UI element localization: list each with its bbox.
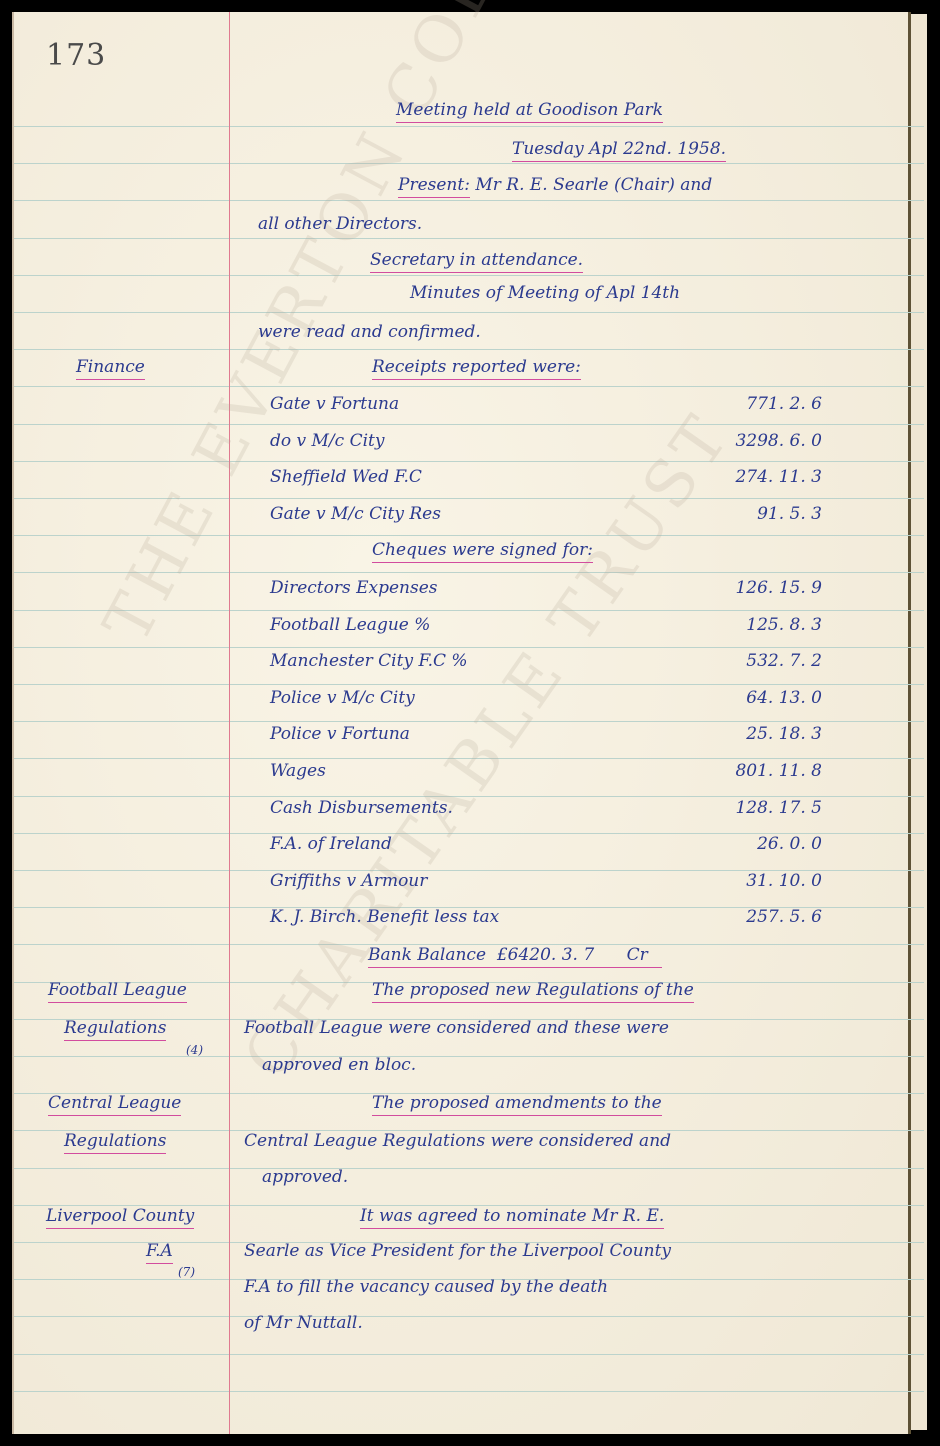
liverpool-county-margin-2: F.A xyxy=(146,1241,173,1264)
ruled-line xyxy=(14,349,924,350)
meeting-date: Tuesday Apl 22nd. 1958. xyxy=(512,139,726,162)
ledger-item-amount: 125. 8. 3 xyxy=(662,615,822,635)
bank-balance-suffix: Cr xyxy=(627,945,648,965)
ruled-line xyxy=(14,386,924,387)
ledger-item-amount: 64. 13. 0 xyxy=(662,688,822,708)
ledger-item-label: do v M/c City xyxy=(270,431,384,451)
ruled-line xyxy=(14,1168,924,1169)
liverpool-county-line-2: Searle as Vice President for the Liverpo… xyxy=(244,1241,671,1261)
ruled-line xyxy=(14,1391,924,1392)
ledger-item-amount: 128. 17. 5 xyxy=(662,798,822,818)
football-league-margin-2: Regulations xyxy=(64,1018,166,1041)
ruled-line xyxy=(14,163,924,164)
ledger-item-label: F.A. of Ireland xyxy=(270,834,392,854)
central-league-line-3: approved. xyxy=(262,1167,348,1187)
ledger-item-amount: 532. 7. 2 xyxy=(662,651,822,671)
ruled-line xyxy=(14,572,924,573)
football-league-line-3: approved en bloc. xyxy=(262,1055,416,1075)
bank-balance-value: £6420. 3. 7 xyxy=(497,945,594,965)
meeting-heading: Meeting held at Goodison Park xyxy=(396,100,663,123)
ledger-item-amount: 771. 2. 6 xyxy=(662,394,822,414)
ledger-item-label: Directors Expenses xyxy=(270,578,438,598)
ruled-line xyxy=(14,1354,924,1355)
football-league-line-2: Football League were considered and thes… xyxy=(244,1018,669,1038)
ledger-item-label: Police v M/c City xyxy=(270,688,415,708)
ledger-item-amount: 801. 11. 8 xyxy=(662,761,822,781)
ruled-line xyxy=(14,684,924,685)
ledger-item-label: Police v Fortuna xyxy=(270,724,410,744)
ruled-line xyxy=(14,312,924,313)
receipts-heading: Receipts reported were: xyxy=(372,357,581,380)
ledger-item-label: Football League % xyxy=(270,615,430,635)
ruled-line xyxy=(14,535,924,536)
minutes-line-2: were read and confirmed. xyxy=(258,322,481,342)
ledger-item-amount: 274. 11. 3 xyxy=(662,467,822,487)
present-line: Present: Mr R. E. Searle (Chair) and xyxy=(398,175,712,195)
ruled-line xyxy=(14,498,924,499)
bank-balance-label: Bank Balance xyxy=(368,945,486,965)
ledger-item-amount: 25. 18. 3 xyxy=(662,724,822,744)
ruled-line xyxy=(14,238,924,239)
football-league-margin-1: Football League xyxy=(48,980,187,1003)
liverpool-county-line-1: It was agreed to nominate Mr R. E. xyxy=(360,1206,664,1226)
ledger-item-label: Sheffield Wed F.C xyxy=(270,467,422,487)
present-label: Present: xyxy=(398,175,470,198)
central-league-line-1: The proposed amendments to the xyxy=(372,1093,662,1113)
liverpool-county-line-3: F.A to fill the vacancy caused by the de… xyxy=(244,1277,608,1297)
football-league-line-1: The proposed new Regulations of the xyxy=(372,980,694,1000)
ruled-line xyxy=(14,275,924,276)
central-league-margin-2: Regulations xyxy=(64,1131,166,1154)
ledger-item-label: Gate v M/c City Res xyxy=(270,504,441,524)
bank-balance: Bank Balance £6420. 3. 7 Cr xyxy=(368,945,662,968)
liverpool-county-line-4: of Mr Nuttall. xyxy=(244,1313,363,1333)
ledger-item-amount: 3298. 6. 0 xyxy=(662,431,822,451)
ledger-item-label: Gate v Fortuna xyxy=(270,394,399,414)
page-number: 173 xyxy=(46,38,106,73)
football-league-ref: (4) xyxy=(186,1040,203,1060)
ruled-line xyxy=(14,610,924,611)
ledger-item-label: Wages xyxy=(270,761,326,781)
ruled-line xyxy=(14,1316,924,1317)
present-text: Mr R. E. Searle (Chair) and xyxy=(475,175,712,195)
ledger-item-amount: 91. 5. 3 xyxy=(662,504,822,524)
liverpool-county-ref: (7) xyxy=(178,1262,195,1282)
ruled-line xyxy=(14,126,924,127)
finance-margin-label: Finance xyxy=(76,357,145,380)
ledger-item-amount: 26. 0. 0 xyxy=(662,834,822,854)
ruled-line xyxy=(14,424,924,425)
ledger-item-label: Cash Disbursements. xyxy=(270,798,453,818)
ruled-line xyxy=(14,758,924,759)
ruled-line xyxy=(14,200,924,201)
ruled-line xyxy=(14,721,924,722)
liverpool-county-margin-1: Liverpool County xyxy=(46,1206,194,1229)
cheques-heading: Cheques were signed for: xyxy=(372,540,593,563)
central-league-line-2: Central League Regulations were consider… xyxy=(244,1131,671,1151)
ledger-item-label: Manchester City F.C % xyxy=(270,651,468,671)
minutes-line-1: Minutes of Meeting of Apl 14th xyxy=(410,283,680,303)
facing-page-edge xyxy=(911,14,927,1430)
ledger-item-amount: 126. 15. 9 xyxy=(662,578,822,598)
ruled-line xyxy=(14,647,924,648)
ledger-item-label: K. J. Birch. Benefit less tax xyxy=(270,907,499,927)
ruled-line xyxy=(14,1056,924,1057)
central-league-margin-1: Central League xyxy=(48,1093,181,1116)
margin-rule xyxy=(229,12,230,1434)
ledger-item-amount: 31. 10. 0 xyxy=(662,871,822,891)
ledger-item-label: Griffiths v Armour xyxy=(270,871,427,891)
ledger-item-amount: 257. 5. 6 xyxy=(662,907,822,927)
present-continued: all other Directors. xyxy=(258,214,422,234)
ruled-line xyxy=(14,461,924,462)
secretary-line: Secretary in attendance. xyxy=(370,250,583,273)
